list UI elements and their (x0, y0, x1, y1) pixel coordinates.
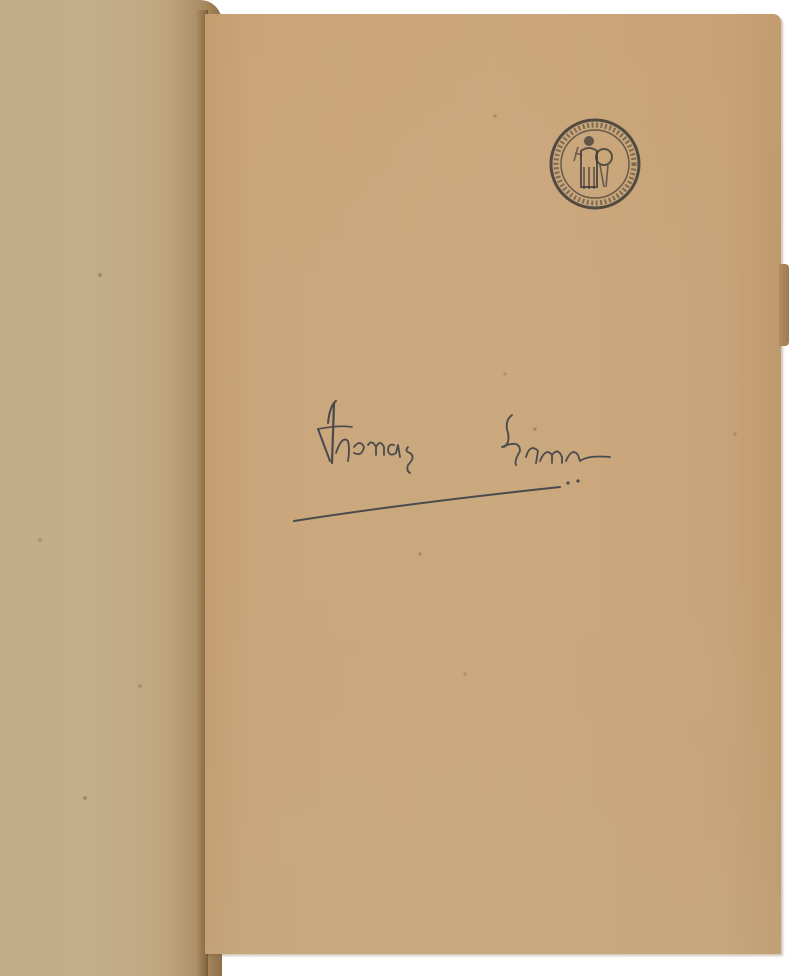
library-seal-icon (548, 117, 642, 211)
book-photograph: Thomas Mann (0, 0, 800, 976)
left-page (0, 0, 222, 976)
handwritten-signature: Thomas Mann (290, 395, 620, 530)
page-edge-tab (779, 264, 789, 346)
